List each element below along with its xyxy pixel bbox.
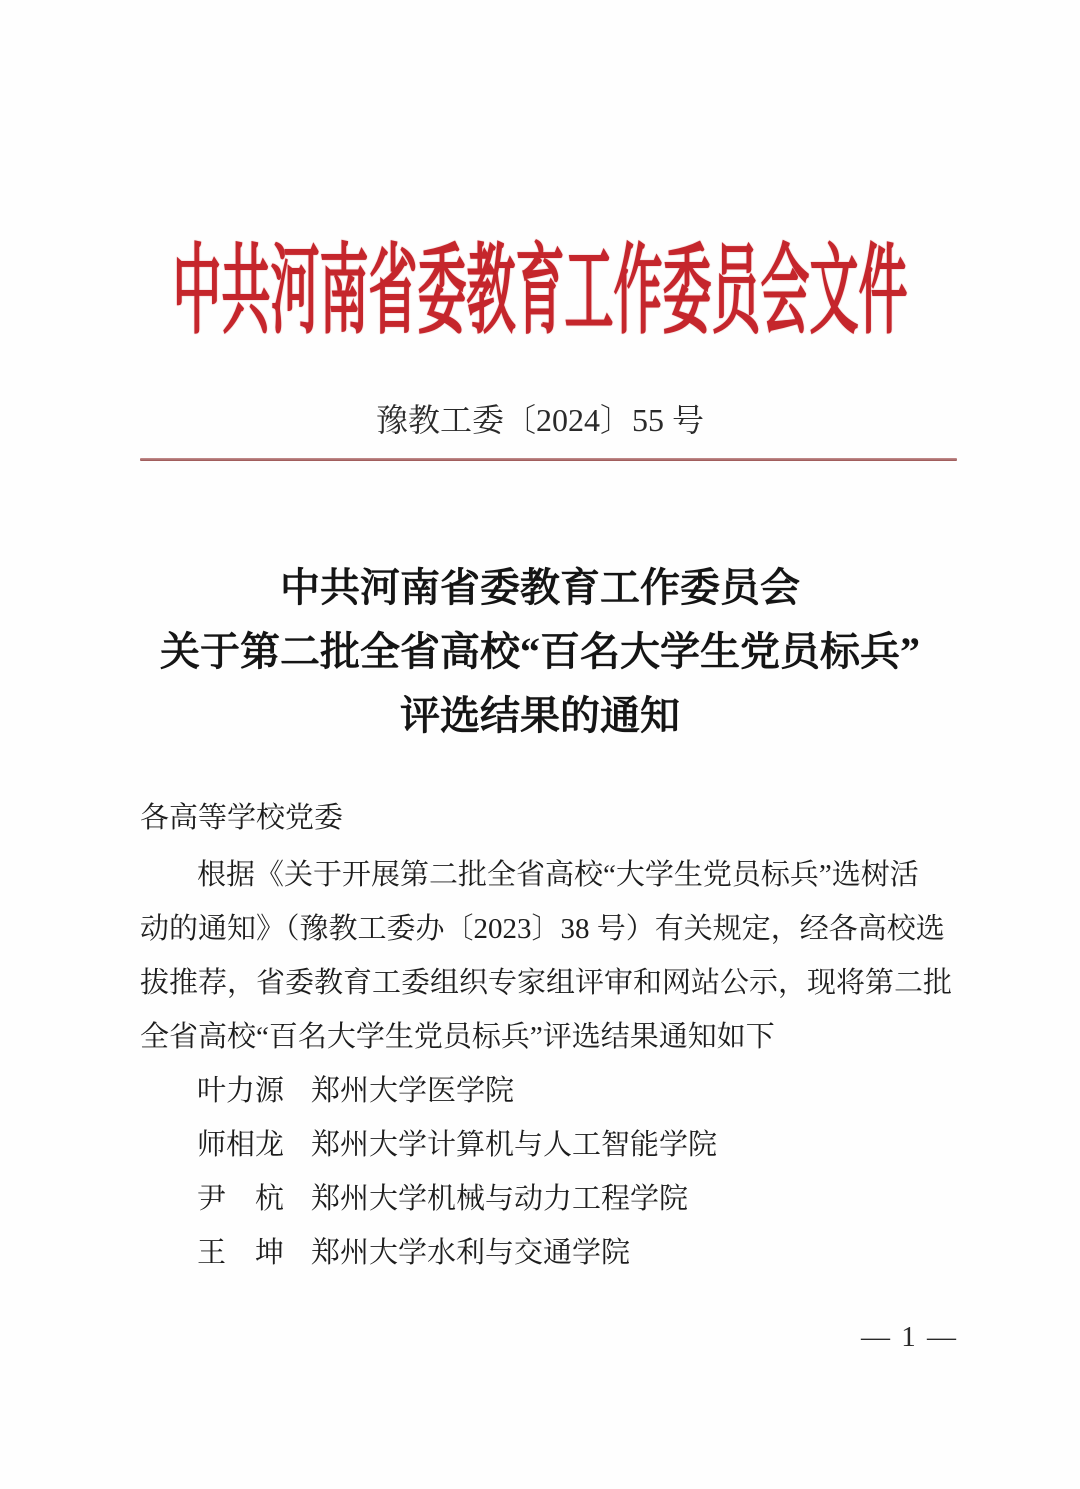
page-number: — 1 — bbox=[861, 1320, 958, 1354]
paragraph-line-3: 拔推荐，省委教育工委组织专家组评审和网站公示，现将第二批 bbox=[140, 956, 958, 1010]
document-number: 豫教工委〔2024〕55 号 bbox=[0, 398, 1080, 442]
awardee-row: 尹 杭 郑州大学机械与动力工程学院 bbox=[140, 1172, 958, 1226]
awardee-row: 王 坤 郑州大学水利与交通学院 bbox=[140, 1226, 958, 1280]
awardee-institution: 郑州大学机械与动力工程学院 bbox=[311, 1172, 688, 1226]
document-title: 中共河南省委教育工作委员会 关于第二批全省高校“百名大学生党员标兵” 评选结果的… bbox=[0, 556, 1080, 748]
awardee-row: 叶力源 郑州大学医学院 bbox=[140, 1064, 958, 1118]
awardee-row: 师相龙 郑州大学计算机与人工智能学院 bbox=[140, 1118, 958, 1172]
title-line-1: 中共河南省委教育工作委员会 bbox=[0, 556, 1080, 620]
red-divider-line bbox=[140, 458, 957, 461]
awardee-institution: 郑州大学计算机与人工智能学院 bbox=[311, 1118, 717, 1172]
awardee-institution: 郑州大学水利与交通学院 bbox=[311, 1226, 630, 1280]
awardee-name: 尹 杭 bbox=[197, 1172, 284, 1226]
awardee-name: 师相龙 bbox=[197, 1118, 284, 1172]
red-header-banner: 中共河南省委教育工作委员会文件 bbox=[0, 228, 1080, 340]
awardee-name: 叶力源 bbox=[197, 1064, 284, 1118]
issuing-org-banner-text: 中共河南省委教育工作委员会文件 bbox=[172, 214, 907, 354]
official-document-page: 中共河南省委教育工作委员会文件 豫教工委〔2024〕55 号 中共河南省委教育工… bbox=[0, 0, 1080, 1489]
salutation: 各高等学校党委 bbox=[140, 791, 958, 845]
awardee-name: 王 坤 bbox=[197, 1226, 284, 1280]
paragraph-line-2: 动的通知》（豫教工委办〔2023〕38 号）有关规定，经各高校选 bbox=[140, 902, 958, 956]
document-body: 各高等学校党委 根据《关于开展第二批全省高校“大学生党员标兵”选树活 动的通知》… bbox=[140, 791, 958, 1280]
paragraph-line-4: 全省高校“百名大学生党员标兵”评选结果通知如下 bbox=[140, 1010, 958, 1064]
title-line-3: 评选结果的通知 bbox=[0, 684, 1080, 748]
paragraph-line-1: 根据《关于开展第二批全省高校“大学生党员标兵”选树活 bbox=[140, 848, 958, 902]
title-line-2: 关于第二批全省高校“百名大学生党员标兵” bbox=[0, 620, 1080, 684]
awardee-institution: 郑州大学医学院 bbox=[311, 1064, 514, 1118]
